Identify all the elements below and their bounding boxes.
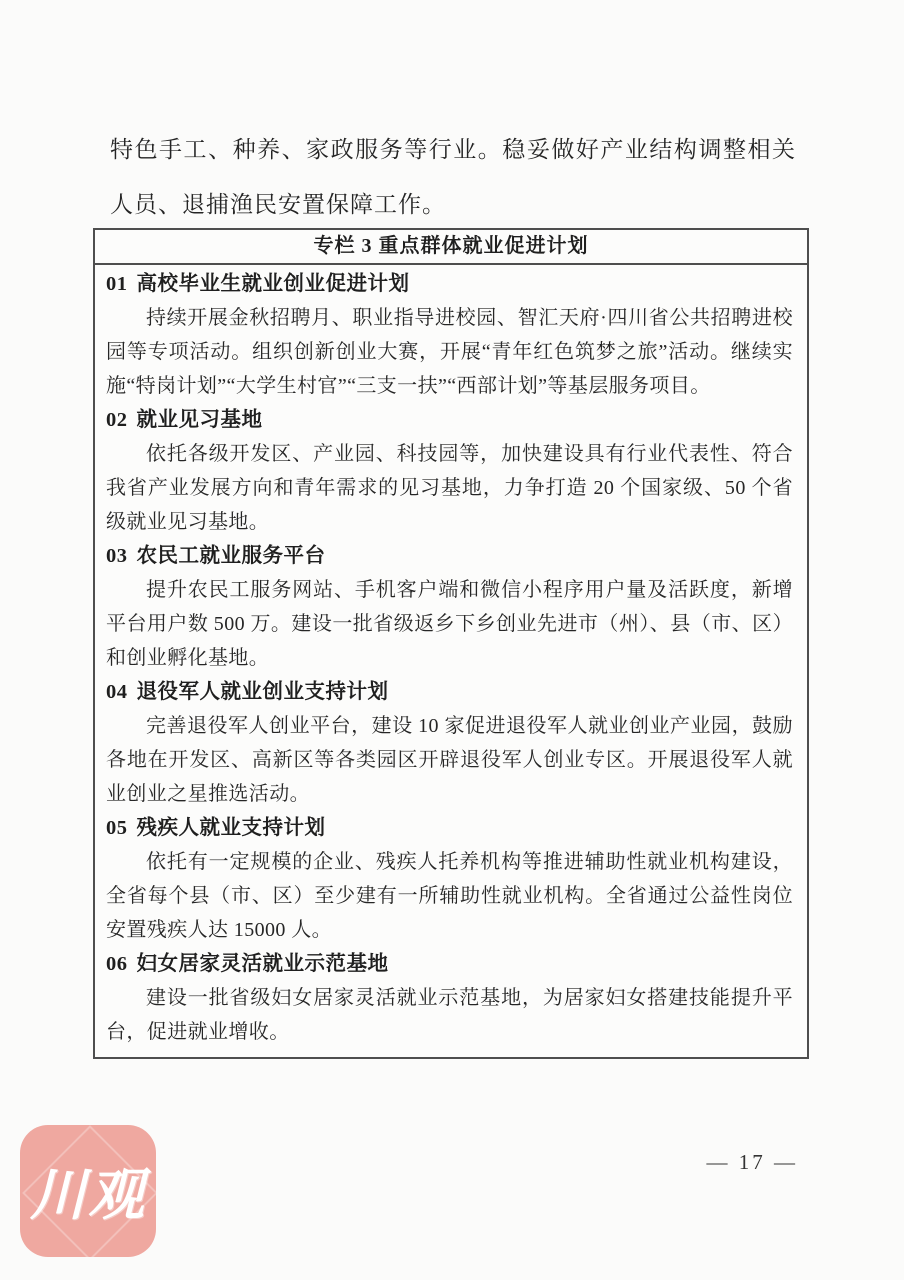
special-column-box: 专栏 3 重点群体就业促进计划 01高校毕业生就业创业促进计划 持续开展金秋招聘… [93,228,809,1059]
item-title-text: 农民工就业服务平台 [137,545,326,567]
page-number: — 17 — [707,1150,799,1175]
item-title-text: 就业见习基地 [137,409,263,431]
item-body: 提升农民工服务网站、手机客户端和微信小程序用户量及活跃度，新增平台用户数 500… [106,573,793,675]
chuanguan-watermark-logo: 川观 [20,1125,156,1257]
item-title: 06妇女居家灵活就业示范基地 [106,947,793,981]
item-body: 依托有一定规模的企业、残疾人托养机构等推进辅助性就业机构建设，全省每个县（市、区… [106,845,793,947]
item-number: 05 [106,811,128,845]
item-number: 01 [106,267,128,301]
item-title-text: 退役军人就业创业支持计划 [137,681,389,703]
item-number: 06 [106,947,128,981]
box-item-03: 03农民工就业服务平台 提升农民工服务网站、手机客户端和微信小程序用户量及活跃度… [106,539,793,675]
box-item-01: 01高校毕业生就业创业促进计划 持续开展金秋招聘月、职业指导进校园、智汇天府·四… [106,267,793,403]
box-title: 专栏 3 重点群体就业促进计划 [95,230,807,265]
item-title: 05残疾人就业支持计划 [106,811,793,845]
item-title: 01高校毕业生就业创业促进计划 [106,267,793,301]
item-number: 02 [106,403,128,437]
box-item-04: 04退役军人就业创业支持计划 完善退役军人创业平台，建设 10 家促进退役军人就… [106,675,793,811]
item-title-text: 残疾人就业支持计划 [137,817,326,839]
document-page: 特色手工、种养、家政服务等行业。稳妥做好产业结构调整相关人员、退捕渔民安置保障工… [0,0,904,1280]
watermark-logo-text: 川观 [20,1125,156,1257]
item-title: 03农民工就业服务平台 [106,539,793,573]
box-body: 01高校毕业生就业创业促进计划 持续开展金秋招聘月、职业指导进校园、智汇天府·四… [95,265,807,1057]
item-title-text: 高校毕业生就业创业促进计划 [137,273,410,295]
box-item-02: 02就业见习基地 依托各级开发区、产业园、科技园等，加快建设具有行业代表性、符合… [106,403,793,539]
item-body: 依托各级开发区、产业园、科技园等，加快建设具有行业代表性、符合我省产业发展方向和… [106,437,793,539]
item-title: 04退役军人就业创业支持计划 [106,675,793,709]
item-title: 02就业见习基地 [106,403,793,437]
box-item-06: 06妇女居家灵活就业示范基地 建设一批省级妇女居家灵活就业示范基地，为居家妇女搭… [106,947,793,1049]
item-number: 03 [106,539,128,573]
item-number: 04 [106,675,128,709]
box-item-05: 05残疾人就业支持计划 依托有一定规模的企业、残疾人托养机构等推进辅助性就业机构… [106,811,793,947]
item-body: 持续开展金秋招聘月、职业指导进校园、智汇天府·四川省公共招聘进校园等专项活动。组… [106,301,793,403]
item-title-text: 妇女居家灵活就业示范基地 [137,953,389,975]
item-body: 完善退役军人创业平台，建设 10 家促进退役军人就业创业产业园，鼓励各地在开发区… [106,709,793,811]
item-body: 建设一批省级妇女居家灵活就业示范基地，为居家妇女搭建技能提升平台，促进就业增收。 [106,981,793,1049]
intro-paragraph: 特色手工、种养、家政服务等行业。稳妥做好产业结构调整相关人员、退捕渔民安置保障工… [110,122,796,232]
